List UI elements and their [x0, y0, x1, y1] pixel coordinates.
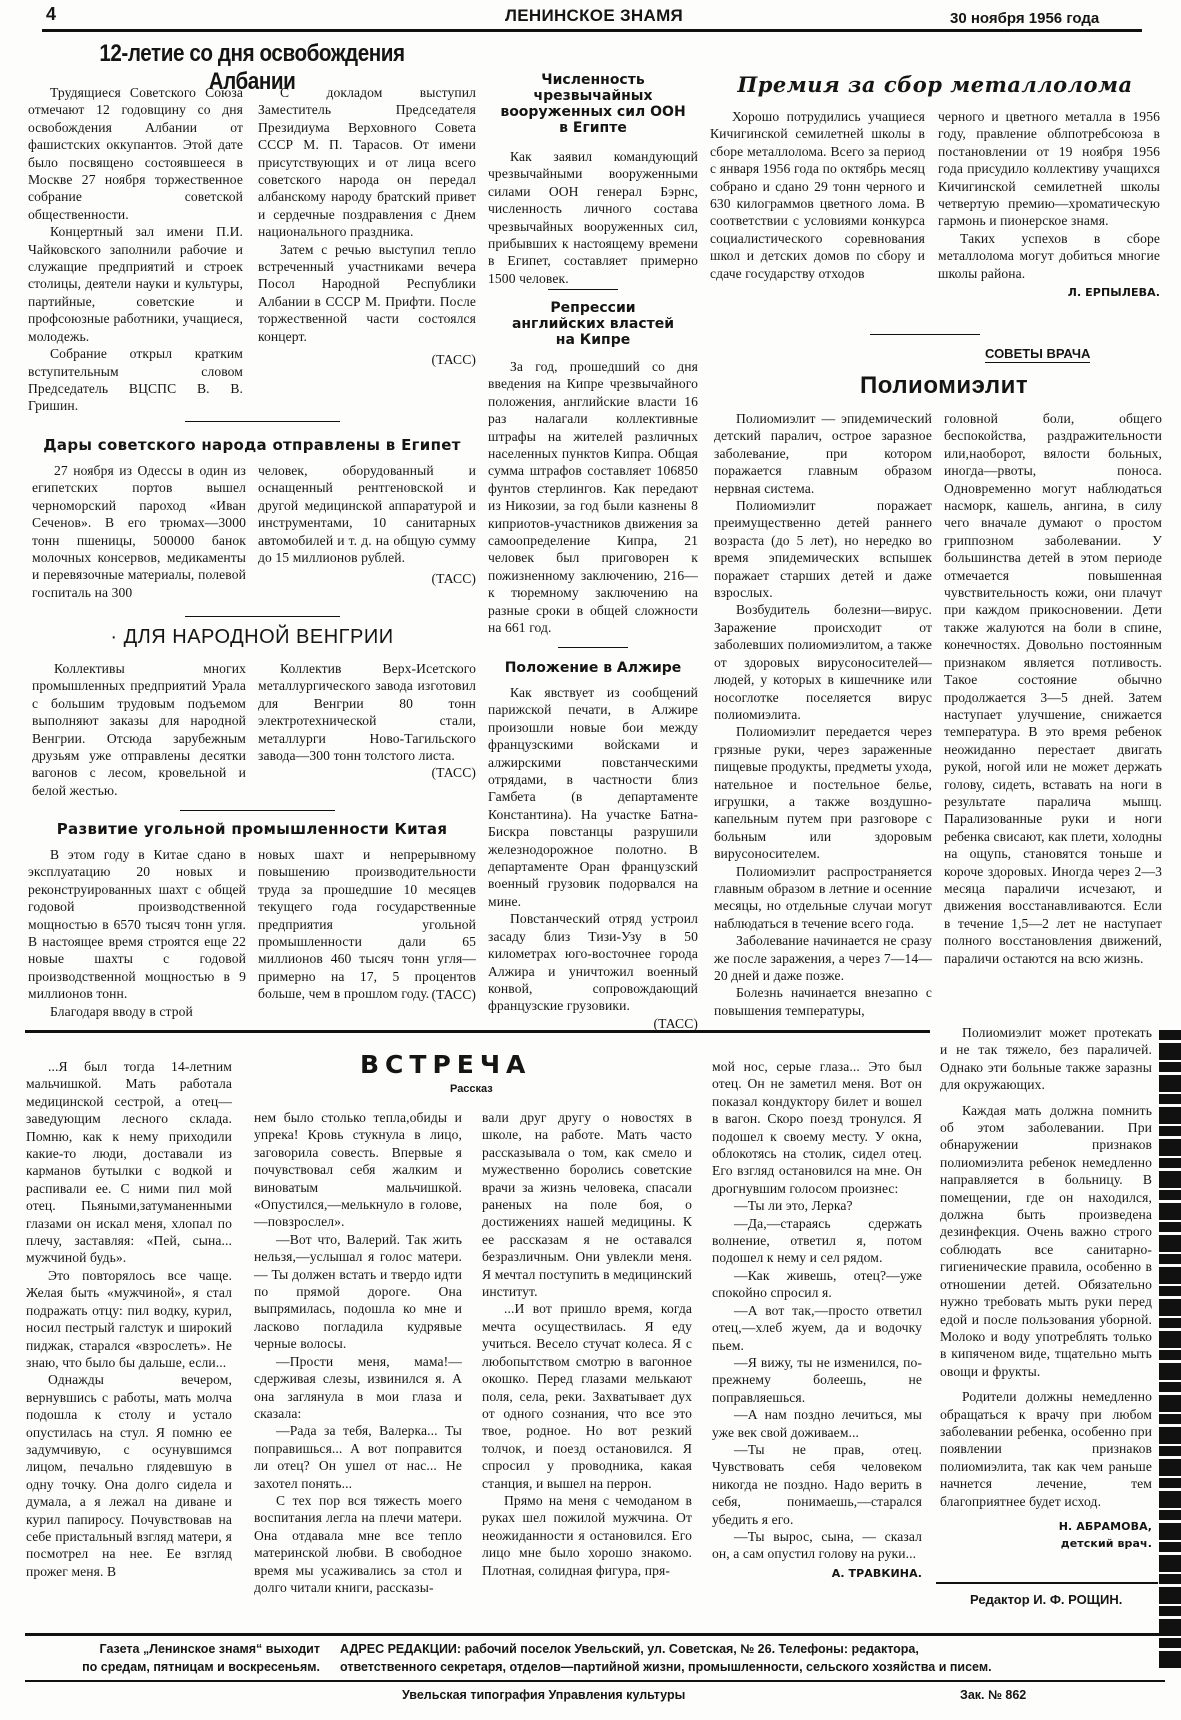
column: Как заявил командующий чрезвычайными воо… — [488, 148, 698, 287]
paragraph: Полиомиэлит может протекать и не так тяж… — [940, 1024, 1152, 1094]
column: Трудящиеся Советского Союза отмечают 12 … — [28, 84, 243, 415]
article-cyprus: Репрессии английских властей на Кипре За… — [488, 300, 698, 637]
story-subtitle: Рассказ — [450, 1083, 493, 1095]
paragraph: Полиомиэлит — эпидемический детский пара… — [714, 410, 932, 497]
headline: Развитие угольной промышленности Китая — [28, 820, 476, 838]
article-algeria: Положение в Алжире Как явствует из сообщ… — [488, 660, 698, 1032]
author-role: детский врач. — [940, 1535, 1152, 1552]
headline: Премия за сбор металлолома — [710, 72, 1160, 97]
paragraph: Каждая мать должна помнить об этом забол… — [940, 1102, 1152, 1381]
paragraph: ...Я был тогда 14-летним мальчишкой. Мат… — [26, 1058, 232, 1267]
column: 27 ноября из Одессы в один из египетских… — [32, 462, 246, 601]
footer-rule-top — [25, 1633, 1165, 1636]
story-title: ВСТРЕЧА — [360, 1050, 531, 1079]
article-scrap-metal: Премия за сбор металлолома Хорошо потруд… — [710, 72, 1160, 97]
paragraph: Полиомиэлит передается через грязные рук… — [714, 723, 932, 862]
article-china-coal: Развитие угольной промышленности Китая В… — [28, 820, 476, 838]
address-line-1: АДРЕС РЕДАКЦИИ: рабочий поселок Увельски… — [340, 1640, 1160, 1658]
paragraph: Полиомиэлит поражает преимущественно дет… — [714, 497, 932, 601]
source-tass: (ТАСС) — [258, 570, 476, 587]
column: За год, прошедший со дня введения на Кип… — [488, 358, 698, 637]
paragraph: За год, прошедший со дня введения на Кип… — [488, 358, 698, 637]
page-number: 4 — [46, 4, 56, 25]
story-column-1: ...Я был тогда 14-летним мальчишкой. Мат… — [26, 1058, 232, 1580]
paragraph: Родители должны немедленно обращаться к … — [940, 1388, 1152, 1510]
paragraph: —Я вижу, ты не изменился, по-прежнему бо… — [712, 1354, 922, 1406]
paragraph: Повстанческий отряд устроил засаду близ … — [488, 910, 698, 1014]
paragraph: Хорошо потрудились учащиеся Кичигинской … — [710, 108, 925, 282]
headline: Полиомиэлит — [860, 372, 1028, 400]
footer-schedule: Газета „Ленинское знамя“ выходит по сред… — [30, 1640, 320, 1676]
column: Коллективы многих промышленных предприят… — [32, 660, 246, 799]
issue-date: 30 ноября 1956 года — [950, 10, 1099, 27]
paragraph: Это повторялось все чаще. Желая быть «му… — [26, 1267, 232, 1371]
headline: · ДЛЯ НАРОДНОЙ ВЕНГРИИ — [28, 626, 476, 649]
column: Хорошо потрудились учащиеся Кичигинской … — [710, 108, 925, 282]
column: головной боли, общего беспокойства, разд… — [944, 410, 1162, 967]
article-albania: 12-летие со дня освобождения Албании Тру… — [28, 40, 476, 96]
paragraph: С докладом выступил Заместитель Председа… — [258, 84, 476, 241]
masthead-rule — [42, 29, 1142, 32]
paragraph: Заболевание начинается не сразу же после… — [714, 932, 932, 984]
paragraph: Болезнь начинается внезапно с повышения … — [714, 984, 932, 1019]
editor-credit: Редактор И. Ф. РОЩИН. — [970, 1592, 1122, 1607]
column: Полиомиэлит — эпидемический детский пара… — [714, 410, 932, 1019]
paragraph: черного и цветного металла в 1956 году, … — [938, 108, 1160, 230]
paragraph: —Прости меня, мама!—сдерживая слезы, изв… — [254, 1353, 462, 1423]
paragraph: —Да,—стараясь сдержать волнение, ответил… — [712, 1215, 922, 1267]
article-hungary: · ДЛЯ НАРОДНОЙ ВЕНГРИИ Коллективы многих… — [28, 626, 476, 649]
paragraph: Однажды вечером, вернувшись с работы, ма… — [26, 1371, 232, 1580]
schedule-line-1: Газета „Ленинское знамя“ выходит — [30, 1640, 320, 1658]
paragraph: —А вот так,—просто ответил отец,—хлеб жу… — [712, 1302, 922, 1354]
paragraph: Трудящиеся Советского Союза отмечают 12 … — [28, 84, 243, 223]
author: Л. ЕРПЫЛЕВА. — [938, 284, 1160, 301]
paragraph: головной боли, общего беспокойства, разд… — [944, 410, 1162, 967]
scan-edge — [1159, 1030, 1181, 1670]
author: А. ТРАВКИНА. — [712, 1565, 922, 1582]
printer-credit: Увельская типография Управления культуры — [402, 1688, 685, 1702]
order-number: Зак. № 862 — [960, 1688, 1026, 1702]
footer-address: АДРЕС РЕДАКЦИИ: рабочий поселок Увельски… — [340, 1640, 1160, 1676]
story-column-4: мой нос, серые глаза... Это был отец. Он… — [712, 1058, 922, 1582]
divider — [185, 421, 340, 422]
divider — [936, 1582, 1158, 1584]
source-tass: (ТАСС) — [258, 764, 476, 781]
headline: Репрессии английских властей на Кипре — [488, 300, 698, 348]
divider — [548, 289, 618, 290]
column: Коллектив Верх-Исетского металлургическо… — [258, 660, 476, 782]
column: черного и цветного металла в 1956 году, … — [938, 108, 1160, 301]
paragraph: вали друг другу о новостях в школе, на р… — [482, 1109, 692, 1300]
article-gifts-egypt: Дары советского народа отправлены в Егип… — [28, 436, 476, 454]
rubric: СОВЕТЫ ВРАЧА — [985, 346, 1090, 363]
divider — [870, 334, 980, 335]
newspaper-title: ЛЕНИНСКОЕ ЗНАМЯ — [505, 6, 683, 26]
paragraph: Возбудитель болезни—вирус. Заражение про… — [714, 601, 932, 723]
story-column-2: нем было столько тепла,обиды и упрека! К… — [254, 1109, 462, 1596]
paragraph: Как заявил командующий чрезвычайными воо… — [488, 148, 698, 287]
author: Н. АБРАМОВА, — [940, 1518, 1152, 1535]
headline: Дары советского народа отправлены в Егип… — [28, 436, 476, 454]
paragraph: Концертный зал имени П.И. Чайковского за… — [28, 223, 243, 345]
paragraph: —Рада за тебя, Валерка... Ты поправишься… — [254, 1422, 462, 1492]
paragraph: Благодаря вводу в строй — [28, 1003, 246, 1020]
divider — [185, 616, 340, 617]
address-line-2: ответственного секретаря, отделов—партий… — [340, 1658, 1160, 1676]
column: человек, оборудованный и оснащенный рент… — [258, 462, 476, 588]
paragraph: Затем с речью выступил тепло встреченный… — [258, 241, 476, 345]
divider — [180, 810, 335, 811]
paragraph: человек, оборудованный и оснащенный рент… — [258, 462, 476, 566]
paragraph: —Как живешь, отец?—уже спокойно спросил … — [712, 1267, 922, 1302]
headline: Численность чрезвычайных вооруженных сил… — [488, 72, 698, 136]
paragraph: Полиомиэлит распространяется главным обр… — [714, 863, 932, 933]
footer-rule-bottom — [25, 1680, 1165, 1682]
paragraph: С тех пор вся тяжесть моего воспитания л… — [254, 1492, 462, 1596]
paragraph: —А нам поздно лечиться, мы уже век свой … — [712, 1406, 922, 1441]
paragraph: Собрание открыл кратким вступительным сл… — [28, 345, 243, 415]
section-rule — [25, 1030, 930, 1033]
schedule-line-2: по средам, пятницам и воскресеньям. — [30, 1658, 320, 1676]
paragraph: мой нос, серые глаза... Это был отец. Он… — [712, 1058, 922, 1197]
paragraph: новых шахт и непрерывному повышению прои… — [258, 846, 476, 1003]
paragraph: ...И вот пришло время, когда мечта осуще… — [482, 1300, 692, 1491]
source-tass: (ТАСС) — [258, 351, 476, 368]
paragraph: Коллективы многих промышленных предприят… — [32, 660, 246, 799]
paragraph: Таких успехов в сборе металлолома могут … — [938, 230, 1160, 282]
story-column-3: вали друг другу о новостях в школе, на р… — [482, 1109, 692, 1579]
paragraph: —Ты не прав, отец. Чувствовать себя чело… — [712, 1441, 922, 1528]
paragraph: Коллектив Верх-Исетского металлургическо… — [258, 660, 476, 764]
paragraph: —Ты вырос, сына, — сказал он, а сам опус… — [712, 1528, 922, 1563]
divider — [558, 647, 628, 648]
column: В этом году в Китае сдано в эксплуатацию… — [28, 846, 246, 1020]
paragraph: 27 ноября из Одессы в один из египетских… — [32, 462, 246, 601]
paragraph: Как явствует из сообщений парижской печа… — [488, 684, 698, 910]
paragraph: нем было столько тепла,обиды и упрека! К… — [254, 1109, 462, 1231]
column: С докладом выступил Заместитель Председа… — [258, 84, 476, 369]
column: новых шахт и непрерывному повышению прои… — [258, 846, 476, 1003]
polio-column-3: Полиомиэлит может протекать и не так тяж… — [940, 1024, 1152, 1553]
headline: Положение в Алжире — [488, 660, 698, 676]
article-un-forces: Численность чрезвычайных вооруженных сил… — [488, 72, 698, 287]
paragraph: Прямо на меня с чемоданом в руках шел по… — [482, 1492, 692, 1579]
paragraph: В этом году в Китае сдано в эксплуатацию… — [28, 846, 246, 1003]
paragraph: —Вот что, Валерий. Так жить нельзя,—услы… — [254, 1231, 462, 1353]
column: Как явствует из сообщений парижской печа… — [488, 684, 698, 1032]
paragraph: —Ты ли это, Лерка? — [712, 1197, 922, 1214]
